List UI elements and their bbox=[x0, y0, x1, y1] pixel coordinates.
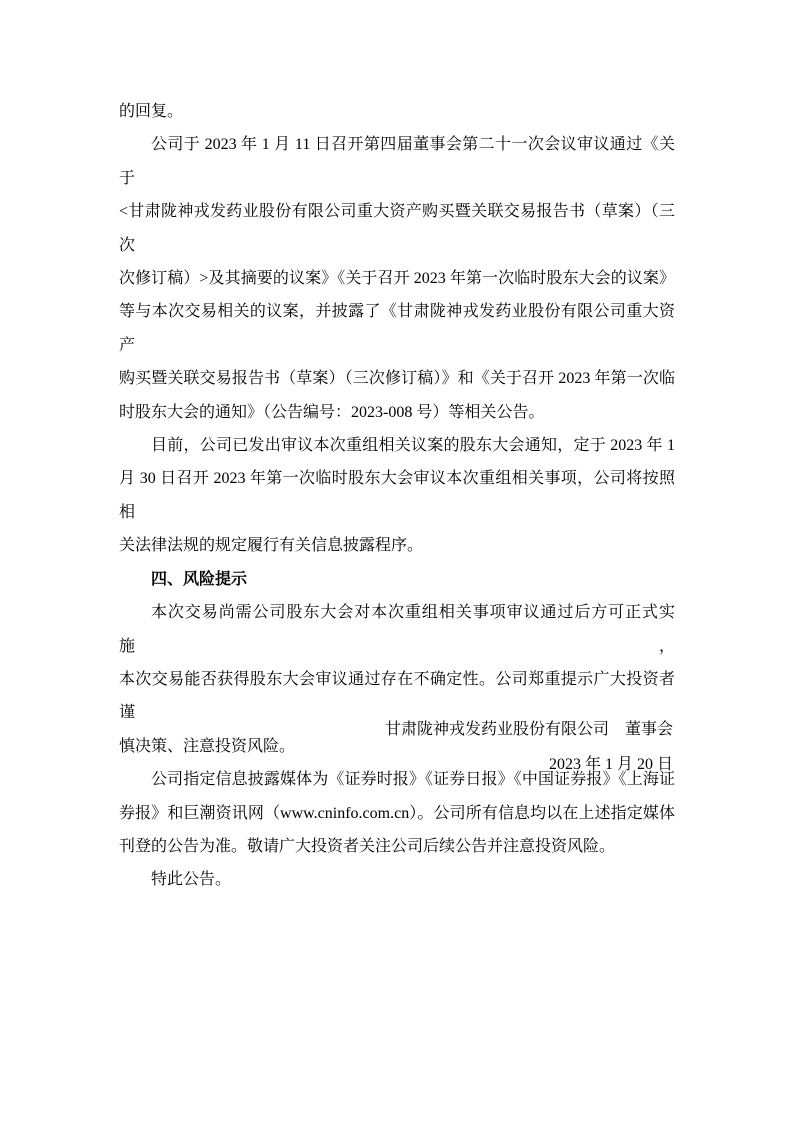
signature-block: 甘肃陇神戎发药业股份有限公司 董事会 2023 年 1 月 20 日 bbox=[385, 712, 673, 782]
signature-date: 2023 年 1 月 20 日 bbox=[385, 747, 673, 782]
body-line: 时股东大会的通知》（公告编号：2023-008 号）等相关公告。 bbox=[119, 396, 675, 429]
body-line: 特此公告。 bbox=[119, 863, 675, 896]
body-line: 本次交易尚需公司股东大会对本次重组相关事项审议通过后方可正式实施， bbox=[119, 596, 675, 663]
signature-company: 甘肃陇神戎发药业股份有限公司 董事会 bbox=[385, 712, 673, 747]
body-line: 月 30 日召开 2023 年第一次临时股东大会审议本次重组相关事项，公司将按照… bbox=[119, 462, 675, 529]
body-line: 购买暨关联交易报告书（草案）（三次修订稿）》和《关于召开 2023 年第一次临 bbox=[119, 362, 675, 395]
body-line: 券报》和巨潮资讯网（www.cninfo.com.cn）。公司所有信息均以在上述… bbox=[119, 797, 675, 830]
section-heading-risk: 四、风险提示 bbox=[119, 563, 675, 596]
body-line: 目前，公司已发出审议本次重组相关议案的股东大会通知，定于 2023 年 1 bbox=[119, 429, 675, 462]
body-line: 关法律法规的规定履行有关信息披露程序。 bbox=[119, 529, 675, 562]
body-line: 刊登的公告为准。敬请广大投资者关注公司后续公告并注意投资风险。 bbox=[119, 830, 675, 863]
body-line: 公司于 2023 年 1 月 11 日召开第四届董事会第二十一次会议审议通过《关… bbox=[119, 128, 675, 195]
body-line: 的回复。 bbox=[119, 95, 675, 128]
document-page: 的回复。公司于 2023 年 1 月 11 日召开第四届董事会第二十一次会议审议… bbox=[0, 0, 793, 1122]
body-line: 等与本次交易相关的议案，并披露了《甘肃陇神戎发药业股份有限公司重大资产 bbox=[119, 295, 675, 362]
body-line: <甘肃陇神戎发药业股份有限公司重大资产购买暨关联交易报告书（草案）（三次 bbox=[119, 195, 675, 262]
body-line: 次修订稿）>及其摘要的议案》《关于召开 2023 年第一次临时股东大会的议案》 bbox=[119, 262, 675, 295]
